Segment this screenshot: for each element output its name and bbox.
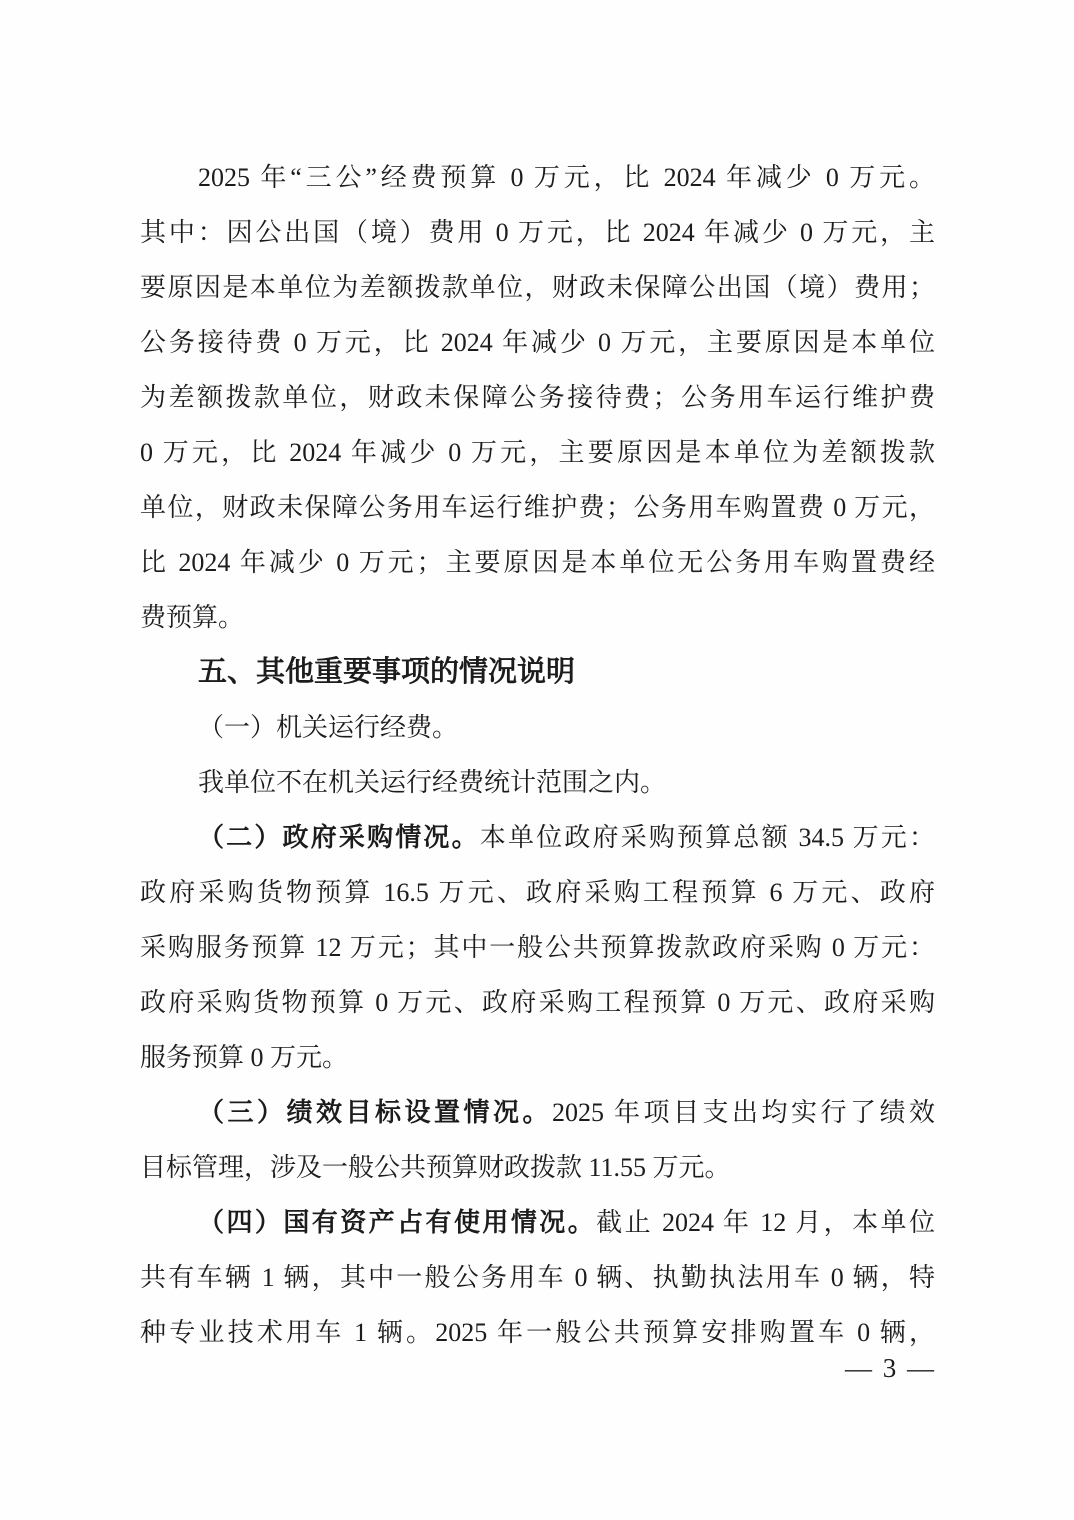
text-line: 2025 年“三公”经费预算 0 万元，比 2024 年减少 0 万元。 [140, 150, 935, 205]
text-line: 为差额拨款单位，财政未保障公务接待费；公务用车运行维护费 [140, 370, 935, 425]
text-segment: 截止 2024 年 12 月，本单位 [596, 1208, 935, 1237]
subsection-label: （三）绩效目标设置情况。 [198, 1098, 552, 1127]
text-line: 费预算。 [140, 590, 935, 645]
text-line: 服务预算 0 万元。 [140, 1030, 935, 1085]
text-segment: 2025 年项目支出均实行了绩效 [552, 1098, 935, 1127]
text-line: 0 万元，比 2024 年减少 0 万元，主要原因是本单位为差额拨款 [140, 425, 935, 480]
subsection-line-3: （三）绩效目标设置情况。2025 年项目支出均实行了绩效 [140, 1085, 935, 1140]
text-line: 政府采购货物预算 0 万元、政府采购工程预算 0 万元、政府采购 [140, 975, 935, 1030]
document-body: 2025 年“三公”经费预算 0 万元，比 2024 年减少 0 万元。 其中：… [140, 150, 935, 1360]
page-number: — 3 — [140, 1346, 936, 1390]
text-segment: 本单位政府采购预算总额 34.5 万元： [480, 823, 935, 852]
text-line: 单位，财政未保障公务用车运行维护费；公务用车购置费 0 万元， [140, 480, 935, 535]
subsection-line-2: （二）政府采购情况。本单位政府采购预算总额 34.5 万元： [140, 810, 935, 865]
text-line: 目标管理，涉及一般公共预算财政拨款 11.55 万元。 [140, 1140, 935, 1195]
section-heading: 五、其他重要事项的情况说明 [140, 645, 935, 700]
text-line: 其中：因公出国（境）费用 0 万元，比 2024 年减少 0 万元，主 [140, 205, 935, 260]
subsection-line-4: （四）国有资产占有使用情况。截止 2024 年 12 月，本单位 [140, 1195, 935, 1250]
text-line: 采购服务预算 12 万元；其中一般公共预算拨款政府采购 0 万元： [140, 920, 935, 975]
subsection-label: （二）政府采购情况。 [198, 823, 480, 852]
text-line: 共有车辆 1 辆，其中一般公务用车 0 辆、执勤执法用车 0 辆，特 [140, 1250, 935, 1305]
document-page: 2025 年“三公”经费预算 0 万元，比 2024 年减少 0 万元。 其中：… [0, 0, 1074, 1520]
text-line: 比 2024 年减少 0 万元；主要原因是本单位无公务用车购置费经 [140, 535, 935, 590]
text-line: 我单位不在机关运行经费统计范围之内。 [140, 755, 935, 810]
subsection-label: （四）国有资产占有使用情况。 [198, 1208, 596, 1237]
subsection-line-1: （一）机关运行经费。 [140, 700, 935, 755]
text-line: 公务接待费 0 万元，比 2024 年减少 0 万元，主要原因是本单位 [140, 315, 935, 370]
text-line: 要原因是本单位为差额拨款单位，财政未保障公出国（境）费用； [140, 260, 935, 315]
text-line: 政府采购货物预算 16.5 万元、政府采购工程预算 6 万元、政府 [140, 865, 935, 920]
